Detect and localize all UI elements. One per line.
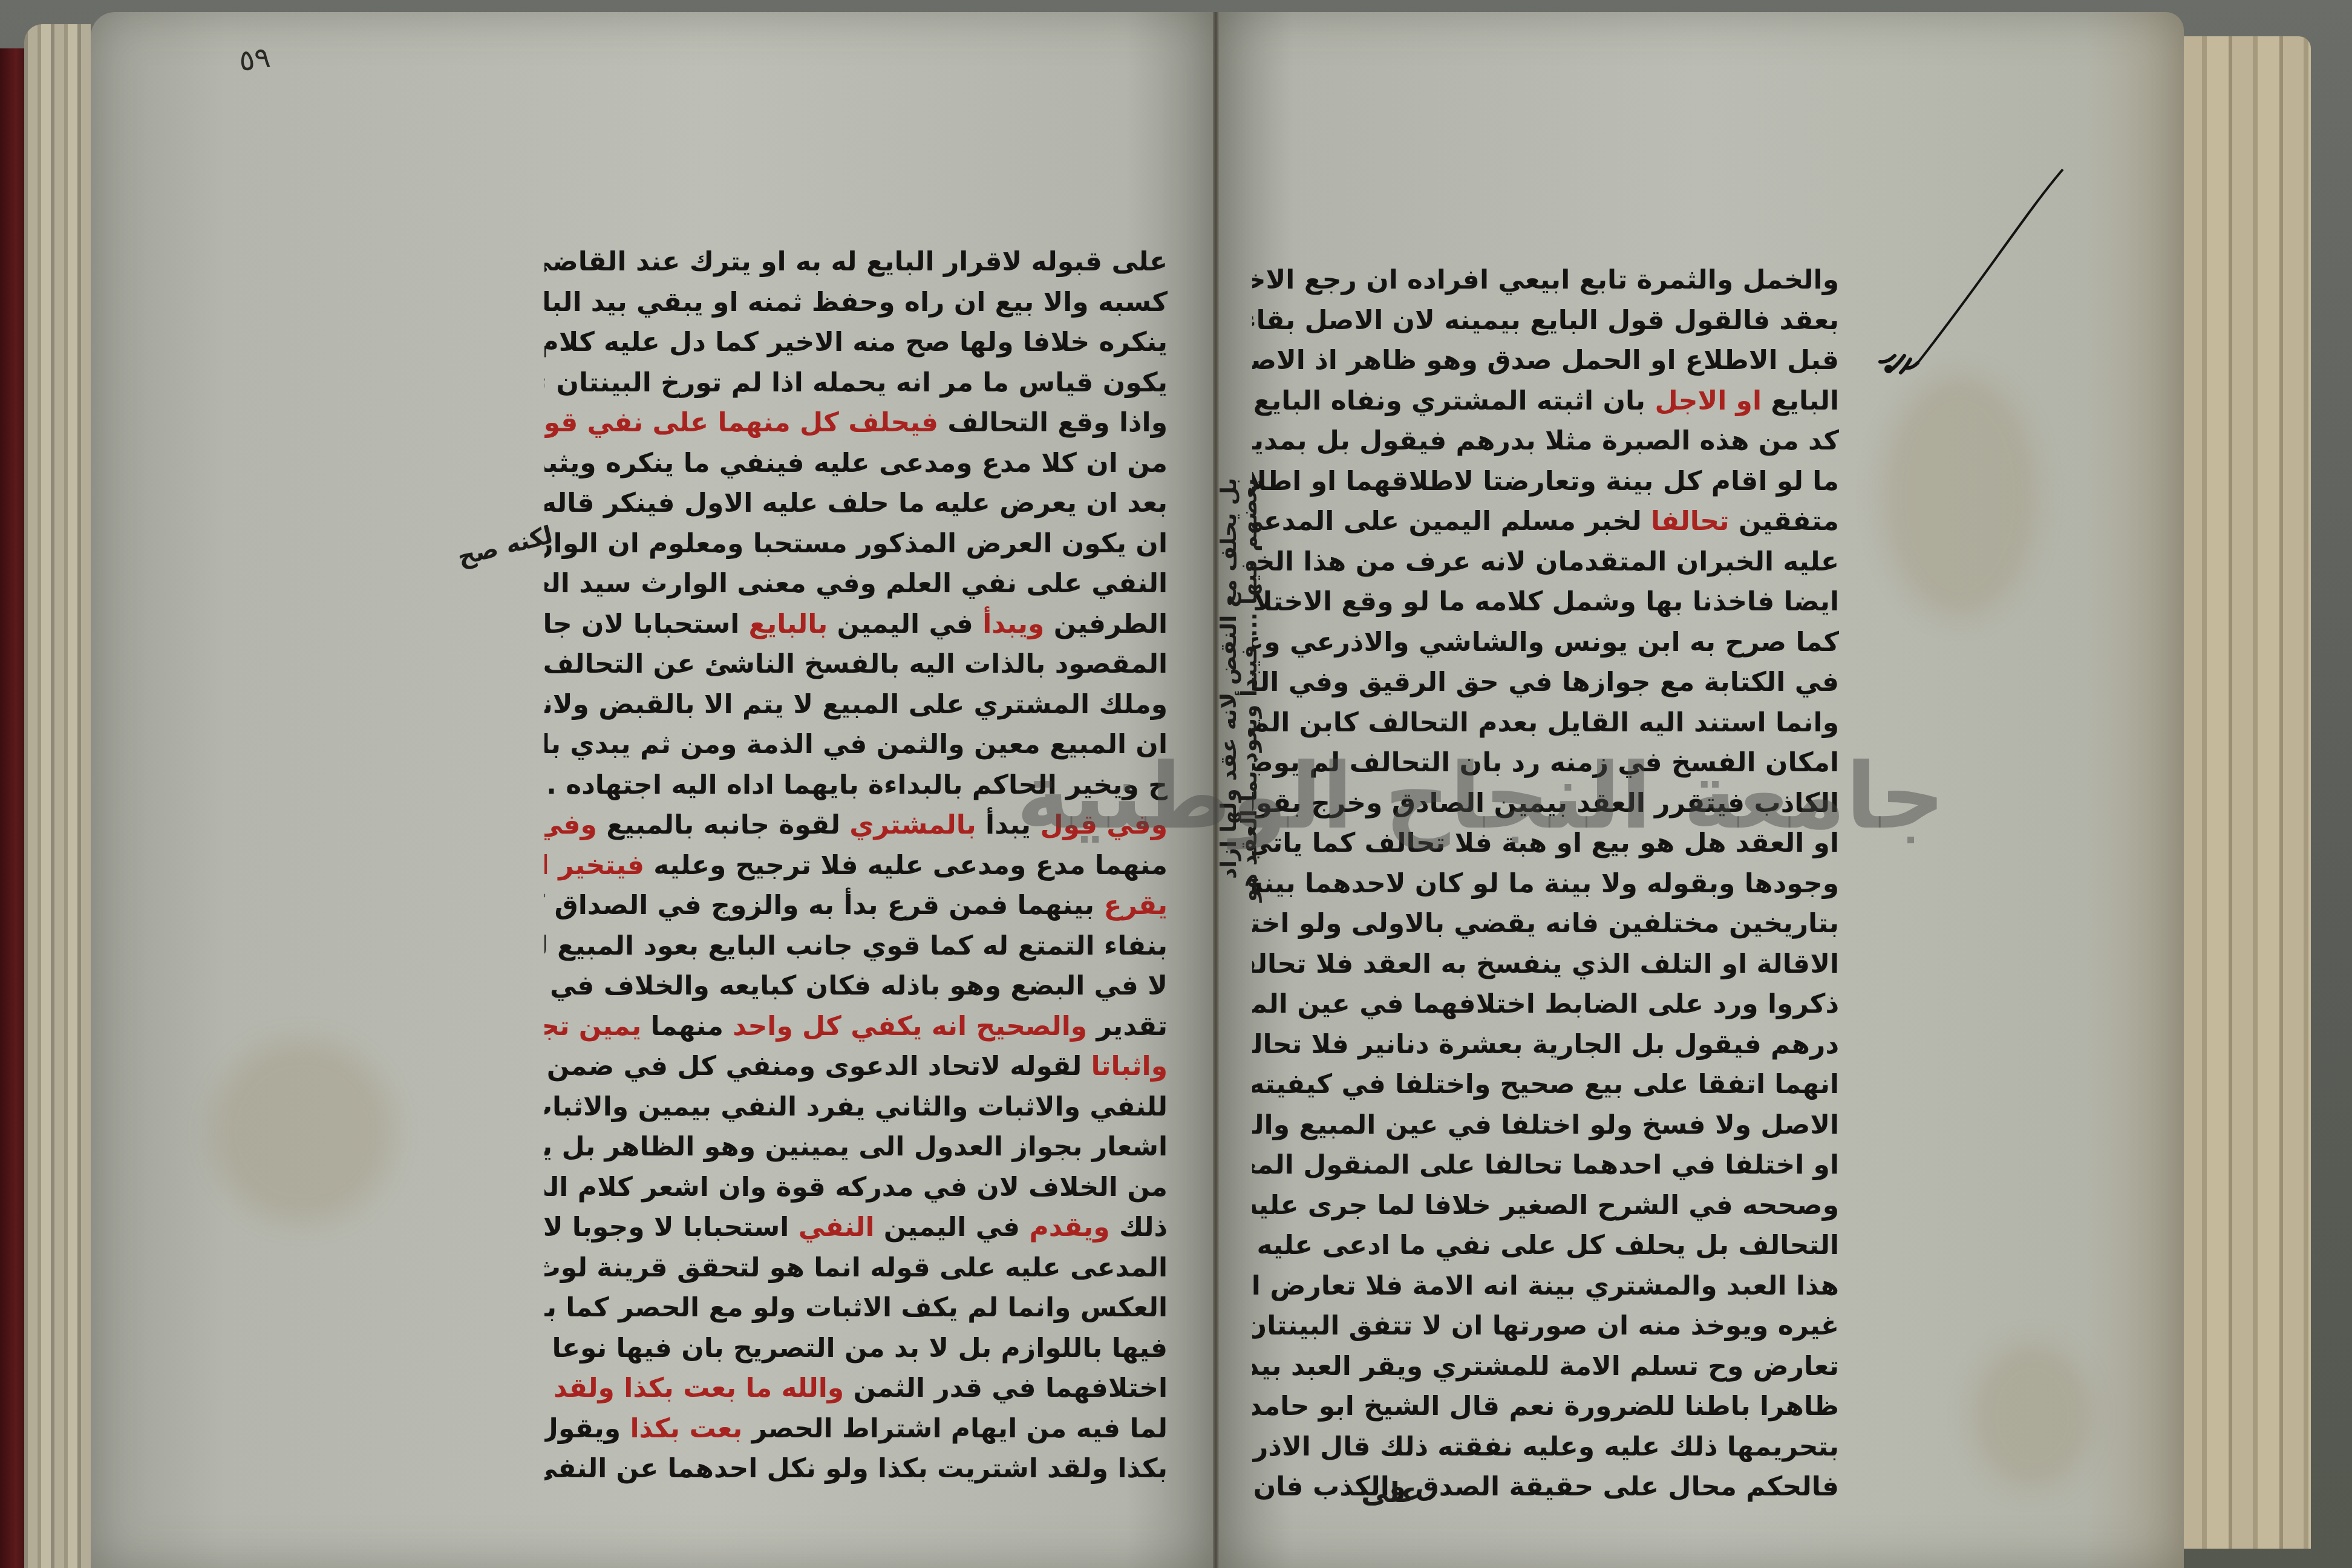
right_page-line: غيره ويوخذ منه ان صورتها ان لا تتفق البي… [1252, 1306, 1839, 1347]
body-text: لخبر مسلم اليمين على المدعى عليه وكل منه… [1252, 506, 1651, 537]
right_page-line: ذكروا ورد على الضابط اختلافهما في عين ال… [1252, 984, 1839, 1025]
body-text: وانما استند اليه القايل بعدم التحالف كاب… [1252, 707, 1839, 738]
body-text: الطرفين [1044, 609, 1168, 639]
right_page-line: او اختلفا في احدهما تحالفا على المنقول ا… [1252, 1145, 1839, 1186]
right_page-line: انهما اتفقا على بيع صحيح واختلفا في كيفي… [1252, 1065, 1839, 1105]
book-cover-red [0, 48, 27, 1568]
body-text: بعد ان يعرض عليه ما حلف عليه الاول فينكر… [544, 488, 1168, 518]
body-text: النفي على نفي العلم وفي معنى الوارث سيد … [544, 568, 1168, 599]
left_page-line: بنفاء التمتع له كما قوي جانب البايع بعود… [544, 926, 1168, 967]
left_page-line: من الخلاف لان في مدركه قوة وان اشعر كلام… [544, 1168, 1168, 1208]
body-text: يكون قياس ما مر انه يحمله اذا لم تورخ ال… [544, 367, 1168, 398]
right_page-line: التحالف بل يحلف كل على نفي ما ادعى عليه … [1252, 1226, 1839, 1266]
body-text: الاصل ولا فسخ ولو اختلفا في عين المبيع و… [1252, 1109, 1839, 1140]
body-text: في اليمين [828, 609, 982, 639]
folio-number: ٥٩ [237, 41, 272, 79]
body-text: الاقالة او التلف الذي ينفسخ به العقد فلا… [1252, 949, 1839, 979]
body-text: بعقد فالقول قول البايع بيمينه لان الاصل … [1252, 305, 1839, 336]
left_page-line: بكذا ولقد اشتريت بكذا ولو نكل احدهما عن … [544, 1449, 1168, 1489]
right_page-line: ايضا فاخذنا بها وشمل كلامه ما لو وقع الا… [1252, 582, 1839, 622]
left_page-line: بعد ان يعرض عليه ما حلف عليه الاول فينكر… [544, 483, 1168, 524]
right_page-line: وصححه في الشرح الصغير خلافا لما جرى عليه… [1252, 1186, 1839, 1226]
body-text: كد من هذه الصبرة مثلا بدرهم فيقول بل بمد… [1252, 425, 1839, 456]
right_page-line: وانما استند اليه القايل بعدم التحالف كاب… [1252, 703, 1839, 743]
watermark: جامعة النجاح الوطنية [1016, 744, 1945, 849]
left_page-line: اشعار بجواز العدول الى يمينين وهو الظاهر… [544, 1127, 1168, 1168]
body-text: درهم فيقول بل الجارية بعشرة دنانير فلا ت… [1252, 1029, 1839, 1060]
body-text: فيها باللوازم بل لا بد من التصريح بان في… [544, 1333, 1168, 1364]
body-text: في الكتابة مع جوازها في حق الرقيق وفي ال… [1252, 667, 1839, 697]
rubric-text: ويقدم [1029, 1212, 1109, 1243]
body-text: او اختلفا في احدهما تحالفا على المنقول ا… [1252, 1149, 1839, 1180]
body-text: قبل الاطلاع او الحمل صدق وهو ظاهر اذ الا… [1252, 345, 1839, 376]
body-text: استحبابا لان جانبه اقوى بعود المبيع الذي… [544, 609, 749, 639]
body-text: عليه الخبران المتقدمان لانه عرف من هذا ا… [1252, 546, 1839, 577]
left_page-line: يكون قياس ما مر انه يحمله اذا لم تورخ ال… [544, 363, 1168, 403]
body-text: ايضا فاخذنا بها وشمل كلامه ما لو وقع الا… [1252, 586, 1839, 617]
right_page-line: وجودها وبقوله ولا بينة ما لو كان لاحدهما… [1252, 864, 1839, 904]
body-text: من الخلاف لان في مدركه قوة وان اشعر كلام… [544, 1172, 1168, 1203]
body-text: تقدير [1087, 1011, 1168, 1042]
rubric-text: بعت بكذا [630, 1413, 742, 1444]
left_page-line: للنفي والاثبات والثاني يفرد النفي بيمين … [544, 1087, 1168, 1128]
left_page-line: ان يكون العرض المذكور مستحبا ومعلوم ان ا… [544, 524, 1168, 564]
body-text: تعارض وح تسلم الامة للمشتري ويقر العبد ب… [1252, 1351, 1839, 1382]
body-text: كما صرح به ابن يونس والشاشي والاذرعي وغي… [1252, 627, 1839, 658]
right_page-line: فالحكم محال على حقيقة الصدق والكذب فان ك… [1252, 1467, 1839, 1508]
body-text: متفقين [1730, 506, 1839, 537]
right_page-line: درهم فيقول بل الجارية بعشرة دنانير فلا ت… [1252, 1025, 1839, 1065]
rubric-text: ويبدأ [982, 609, 1044, 639]
body-text: على قبوله لاقرار البايع له به او يترك عن… [544, 246, 1168, 277]
body-text: وملك المشتري على المبيع لا يتم الا بالقب… [544, 689, 1168, 720]
right_page-line: الاصل ولا فسخ ولو اختلفا في عين المبيع و… [1252, 1105, 1839, 1146]
body-text: استحبابا لا وجوبا لانه الاصل في اليمين ا… [544, 1212, 799, 1243]
left_page-line: المدعى عليه على قوله انما هو لتحقق قرينة… [544, 1248, 1168, 1289]
body-text: من ان كلا مدع ومدعى عليه فينفي ما ينكره … [544, 448, 1168, 479]
left_page-line: على قبوله لاقرار البايع له به او يترك عن… [544, 242, 1168, 283]
page-edges-right [2178, 36, 2311, 1549]
body-text: لقوة جانبه بالمبيع [597, 809, 849, 840]
body-text: هذا العبد والمشتري بينة انه الامة فلا تع… [1252, 1270, 1839, 1301]
right_page-line: البايع او الاجل بان اثبته المشتري ونفاه … [1252, 381, 1839, 422]
catchword: على [1361, 1476, 1420, 1509]
body-text: والخمل والثمرة تابع ابيعي افراده ان رجع … [1252, 264, 1839, 295]
right_page-line: متفقين تحالفا لخبر مسلم اليمين على المدع… [1252, 501, 1839, 542]
body-text: اشعار بجواز العدول الى يمينين وهو الظاهر… [544, 1131, 1168, 1162]
body-text: كسبه والا بيع ان راه وحفظ ثمنه او يبقي ب… [544, 287, 1168, 318]
left_page-line: العكس وانما لم يكف الاثبات ولو مع الحصر … [544, 1288, 1168, 1328]
body-text: ويقول المشتري والله ما اشتريت [544, 1413, 630, 1444]
rubric-text: او الاجل [1655, 385, 1762, 416]
body-text: اختلافهما في قدر الثمن [844, 1373, 1168, 1403]
left-page-text: على قبوله لاقرار البايع له به او يترك عن… [544, 242, 1168, 1489]
right_page-line: تعارض وح تسلم الامة للمشتري ويقر العبد ب… [1252, 1347, 1839, 1387]
body-text: واذا وقع التحالف [938, 407, 1168, 438]
body-text: وانما وجد قدم من اصله [544, 1373, 554, 1403]
right_page-line: ظاهرا باطنا للضرورة نعم قال الشيخ ابو حا… [1252, 1387, 1839, 1427]
rubric-text: والصحيح انه يكفي كل واحد [733, 1011, 1087, 1042]
margin-note-vertical: بل يحلف مع النقض لانه عقد ولها ازاد بعضه… [1219, 478, 1261, 950]
body-text: فالحكم محال على حقيقة الصدق والكذب فان ك… [1252, 1471, 1839, 1502]
body-text: التحالف بل يحلف كل على نفي ما ادعى عليه … [1252, 1230, 1839, 1261]
right_page-line: هذا العبد والمشتري بينة انه الامة فلا تع… [1252, 1266, 1839, 1307]
body-text: ان يكون العرض المذكور مستحبا ومعلوم ان ا… [544, 528, 1168, 559]
left_page-line: الطرفين ويبدأ في اليمين بالبايع استحبابا… [544, 604, 1168, 645]
body-text: لقوله لاتحاد الدعوى ومنفي كل في ضمن مثبت… [544, 1051, 1091, 1082]
rubric-text: واثباتا [1091, 1051, 1168, 1082]
body-text: بان اثبته المشتري ونفاه البايع [1252, 385, 1655, 416]
body-text: انهما اتفقا على بيع صحيح واختلفا في كيفي… [1252, 1069, 1839, 1100]
left_page-line: ذلك ويقدم في اليمين النفي استحبابا لا وج… [544, 1207, 1168, 1248]
body-text: وصححه في الشرح الصغير خلافا لما جرى عليه… [1252, 1190, 1839, 1221]
left_page-line: واذا وقع التحالف فيحلف كل منهما على نفي … [544, 403, 1168, 443]
left_page-line: لما فيه من ايهام اشتراط الحصر بعت بكذا و… [544, 1409, 1168, 1449]
left_page-line: من ان كلا مدع ومدعى عليه فينفي ما ينكره … [544, 443, 1168, 484]
left_page-line: اختلافهما في قدر الثمن والله ما بعت بكذا… [544, 1368, 1168, 1409]
left_page-line: النفي على نفي العلم وفي معنى الوارث سيد … [544, 564, 1168, 604]
body-text: ذلك [1110, 1212, 1168, 1243]
right_page-line: الاقالة او التلف الذي ينفسخ به العقد فلا… [1252, 944, 1839, 985]
body-text: ما لو اقام كل بينة وتعارضتا لاطلاقهما او… [1252, 466, 1839, 497]
right_page-line: بتاريخين مختلفين فانه يقضي بالاولى ولو ا… [1252, 904, 1839, 944]
rubric-text: فيتخير الحاكم [544, 850, 644, 881]
body-text: وجودها وبقوله ولا بينة ما لو كان لاحدهما… [1252, 868, 1839, 899]
page-edges-left [24, 24, 91, 1568]
left_page-line: يقرع بينهما فمن قرع بدأ به والزوج في الص… [544, 886, 1168, 926]
rubric-text: بالمشتري [849, 809, 976, 840]
body-text: لا في البضع وهو باذله فكان كبايعه والخلا… [544, 970, 1168, 1001]
body-text: ذكروا ورد على الضابط اختلافهما في عين ال… [1252, 988, 1839, 1019]
right_page-line: عليه الخبران المتقدمان لانه عرف من هذا ا… [1252, 542, 1839, 583]
left_page-line: ينكره خلافا ولها صح منه الاخير كما دل عل… [544, 322, 1168, 363]
left_page-line: فيها باللوازم بل لا بد من التصريح بان في… [544, 1328, 1168, 1369]
rubric-text: تحالفا [1651, 506, 1729, 537]
body-text: العكس وانما لم يكف الاثبات ولو مع الحصر … [544, 1292, 1168, 1323]
right_page-line: والخمل والثمرة تابع ابيعي افراده ان رجع … [1252, 260, 1839, 301]
rubric-text: بالبايع [749, 609, 828, 639]
body-text: المدعى عليه على قوله انما هو لتحقق قرينة… [544, 1252, 1168, 1283]
rubric-text: النفي [799, 1212, 875, 1243]
body-text: غيره ويوخذ منه ان صورتها ان لا تتفق البي… [1252, 1310, 1839, 1341]
body-text: بنفاء التمتع له كما قوي جانب البايع بعود… [544, 930, 1168, 961]
body-text: بتاريخين مختلفين فانه يقضي بالاولى ولو ا… [1252, 908, 1839, 939]
left_page-line: وملك المشتري على المبيع لا يتم الا بالقب… [544, 685, 1168, 725]
right_page-line: قبل الاطلاع او الحمل صدق وهو ظاهر اذ الا… [1252, 341, 1839, 381]
right_page-line: كد من هذه الصبرة مثلا بدرهم فيقول بل بمد… [1252, 421, 1839, 462]
rubric-text: والله ما بعت بكذا ولقد [554, 1373, 844, 1403]
left_page-line: منهما مدع ومدعى عليه فلا ترجيح وعليه فيت… [544, 846, 1168, 886]
body-text: ظاهرا باطنا للضرورة نعم قال الشيخ ابو حا… [1252, 1391, 1839, 1422]
right_page-line: ما لو اقام كل بينة وتعارضتا لاطلاقهما او… [1252, 462, 1839, 502]
left_page-line: لا في البضع وهو باذله فكان كبايعه والخلا… [544, 966, 1168, 1007]
left_page-line: المقصود بالذات اليه بالفسخ الناشئ عن الت… [544, 644, 1168, 685]
right_page-line: بتحريمها ذلك عليه وعليه نفقته ذلك قال ال… [1252, 1427, 1839, 1468]
body-text: البايع [1762, 385, 1839, 416]
left_page-line: تقدير والصحيح انه يكفي كل واحد منهما يمي… [544, 1007, 1168, 1047]
rubric-text: يمين تجمع نفيا [544, 1011, 641, 1042]
body-text: بكذا ولقد اشتريت بكذا ولو نكل احدهما عن … [544, 1453, 1168, 1484]
body-text: ينكره خلافا ولها صح منه الاخير كما دل عل… [544, 327, 1168, 358]
body-text: بتحريمها ذلك عليه وعليه نفقته ذلك قال ال… [1252, 1431, 1839, 1462]
rubric-text: يقرع [1103, 890, 1168, 921]
rubric-text: فيحلف كل منهما على نفي قول صاحبه واثبات … [544, 407, 938, 438]
body-text: المقصود بالذات اليه بالفسخ الناشئ عن الت… [544, 648, 1168, 679]
body-text: للنفي والاثبات والثاني يفرد النفي بيمين … [544, 1091, 1168, 1122]
body-text: منهما مدع ومدعى عليه فلا ترجيح وعليه [644, 850, 1168, 881]
right_page-line: بعقد فالقول قول البايع بيمينه لان الاصل … [1252, 301, 1839, 341]
right_page-line: كما صرح به ابن يونس والشاشي والاذرعي وغي… [1252, 622, 1839, 663]
body-text: منهما [641, 1011, 733, 1042]
rubric-text: وفي قول يتساويان [544, 809, 597, 840]
left_page-line: واثباتا لقوله لاتحاد الدعوى ومنفي كل في … [544, 1047, 1168, 1087]
body-text: بينهما فمن قرع بدأ به والزوج في الصداق ك… [544, 890, 1103, 921]
right_page-line: في الكتابة مع جوازها في حق الرقيق وفي ال… [1252, 662, 1839, 703]
body-text: لما فيه من ايهام اشتراط الحصر [742, 1413, 1168, 1444]
body-text: في اليمين [875, 1212, 1030, 1243]
pen-stroke-icon [1845, 145, 2099, 423]
right-page-text: والخمل والثمرة تابع ابيعي افراده ان رجع … [1252, 260, 1839, 1508]
left_page-line: كسبه والا بيع ان راه وحفظ ثمنه او يبقي ب… [544, 283, 1168, 323]
